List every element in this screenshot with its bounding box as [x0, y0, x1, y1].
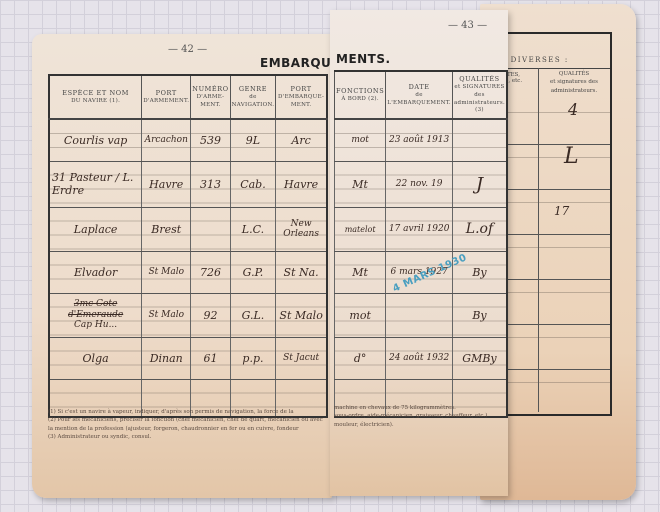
cell-vessel: 3mc Cote d'Emeraude Cap Hu...	[49, 293, 142, 337]
cell-embark-port: St Na.	[276, 251, 327, 293]
cell-navigation: p.p.	[230, 337, 276, 379]
table-row: Laplace Brest L.C. New Orleans	[49, 207, 327, 251]
page-number-right: — 43 —	[448, 20, 487, 31]
table-row: Elvador St Malo 726 G.P. St Na.	[49, 251, 327, 293]
cell-embark-port: Arc	[276, 119, 327, 161]
back-mark: 17	[554, 204, 569, 218]
col-number-header: NUMÉROD'ARME-MENT.	[191, 75, 230, 119]
back-mark: L	[564, 144, 579, 169]
cell-navigation: Cab.	[230, 161, 276, 207]
cell-vessel: Olga	[49, 337, 142, 379]
cell-function: d°	[335, 337, 386, 379]
right-page: — 43 — MENTS. FONCTIONSÀ BORD (2). DATEd…	[330, 10, 508, 496]
cell-number: 313	[191, 161, 230, 207]
cell-embark-port: Havre	[276, 161, 327, 207]
footnotes-left: (1) Si c'est un navire à vapeur, indique…	[48, 408, 328, 441]
cell-navigation: G.L.	[230, 293, 276, 337]
cell-home-port: Brest	[142, 207, 191, 251]
cell-signature: J	[452, 161, 507, 207]
cell-number	[191, 207, 230, 251]
cell-home-port: St Malo	[142, 251, 191, 293]
col-home-port-header: PORTD'ARMEMENT.	[142, 75, 191, 119]
col-embark-port-header: PORTD'EMBARQUE-MENT.	[276, 75, 327, 119]
table-row: 3mc Cote d'Emeraude Cap Hu... St Malo 92…	[49, 293, 327, 337]
cell-home-port: Havre	[142, 161, 191, 207]
table-row: matelot 17 avril 1920 L.of	[335, 207, 507, 251]
cell-date	[386, 293, 453, 337]
table-row: mot By	[335, 293, 507, 337]
cell-date: 17 avril 1920	[386, 207, 453, 251]
cell-navigation: L.C.	[230, 207, 276, 251]
col-navigation-header: GENREde NAVIGATION.	[230, 75, 276, 119]
back-mark: 4	[568, 100, 578, 119]
section-title-right: MENTS.	[336, 52, 391, 66]
back-col-2-header: QUALITÉSet signatures des administrateur…	[540, 70, 608, 95]
col-vessel-header: ESPÈCE ET NOMDU NAVIRE (1).	[49, 75, 142, 119]
cell-number: 539	[191, 119, 230, 161]
cell-vessel: 31 Pasteur / L. Erdre	[49, 161, 142, 207]
cell-number: 92	[191, 293, 230, 337]
footnote-1-cont: machine en chevaux de 75 kilogrammètres.	[334, 404, 506, 412]
vessel-name: Cap Hu...	[52, 320, 139, 331]
col-date-header: DATEde L'EMBARQUEMENT.	[386, 71, 453, 119]
cell-number: 726	[191, 251, 230, 293]
cell-function: Mt	[335, 161, 386, 207]
cell-function: Mt	[335, 251, 386, 293]
embarkation-table-right: FONCTIONSÀ BORD (2). DATEde L'EMBARQUEME…	[334, 70, 508, 418]
table-row: d° 24 août 1932 GMBy	[335, 337, 507, 379]
footnote-3: (3) Administrateur ou syndic, consul.	[48, 433, 328, 441]
cell-signature: By	[452, 293, 507, 337]
cell-embark-port: New Orleans	[276, 207, 327, 251]
table-row: Mt 22 nov. 19 J	[335, 161, 507, 207]
cell-signature: L.of	[452, 207, 507, 251]
page-number-left: — 42 —	[168, 44, 207, 55]
cell-signature: GMBy	[452, 337, 507, 379]
footnotes-right: machine en chevaux de 75 kilogrammètres.…	[334, 404, 506, 429]
cell-navigation: G.P.	[230, 251, 276, 293]
footnote-2-cont-b: mouleur, électricien).	[334, 421, 506, 429]
footnote-1: (1) Si c'est un navire à vapeur, indique…	[48, 408, 328, 416]
left-page: — 42 — EMBARQUE ESPÈCE ET NOMDU NAVIRE (…	[32, 34, 332, 498]
footnote-2: (2) Pour les mécaniciens, préciser la fo…	[48, 416, 328, 433]
cell-embark-port: St Jacut	[276, 337, 327, 379]
struck-vessel-name: 3mc Cote d'Emeraude	[52, 299, 139, 321]
cell-navigation: 9L	[230, 119, 276, 161]
embarkation-table-left: ESPÈCE ET NOMDU NAVIRE (1). PORTD'ARMEME…	[48, 74, 328, 418]
cell-home-port: Dinan	[142, 337, 191, 379]
cell-home-port: Arcachon	[142, 119, 191, 161]
section-title-left: EMBARQUE	[260, 56, 340, 70]
cell-function: matelot	[335, 207, 386, 251]
footnote-2-cont: sous-ordre, aide-mécanicien, graisseur, …	[334, 412, 506, 420]
cell-embark-port: St Malo	[276, 293, 327, 337]
cell-vessel: Laplace	[49, 207, 142, 251]
cell-number: 61	[191, 337, 230, 379]
table-row: 31 Pasteur / L. Erdre Havre 313 Cab. Hav…	[49, 161, 327, 207]
cell-date: 24 août 1932	[386, 337, 453, 379]
cell-date: 22 nov. 19	[386, 161, 453, 207]
col-function-header: FONCTIONSÀ BORD (2).	[335, 71, 386, 119]
cell-signature	[452, 119, 507, 161]
cell-date: 23 août 1913	[386, 119, 453, 161]
col-signature-header: QUALITÉSet SIGNATURES des administrateur…	[452, 71, 507, 119]
table-row: mot 23 août 1913	[335, 119, 507, 161]
cell-vessel: Courlis vap	[49, 119, 142, 161]
table-row: Olga Dinan 61 p.p. St Jacut	[49, 337, 327, 379]
cell-function: mot	[335, 119, 386, 161]
cell-home-port: St Malo	[142, 293, 191, 337]
cell-function: mot	[335, 293, 386, 337]
table-row: Courlis vap Arcachon 539 9L Arc	[49, 119, 327, 161]
cell-vessel: Elvador	[49, 251, 142, 293]
